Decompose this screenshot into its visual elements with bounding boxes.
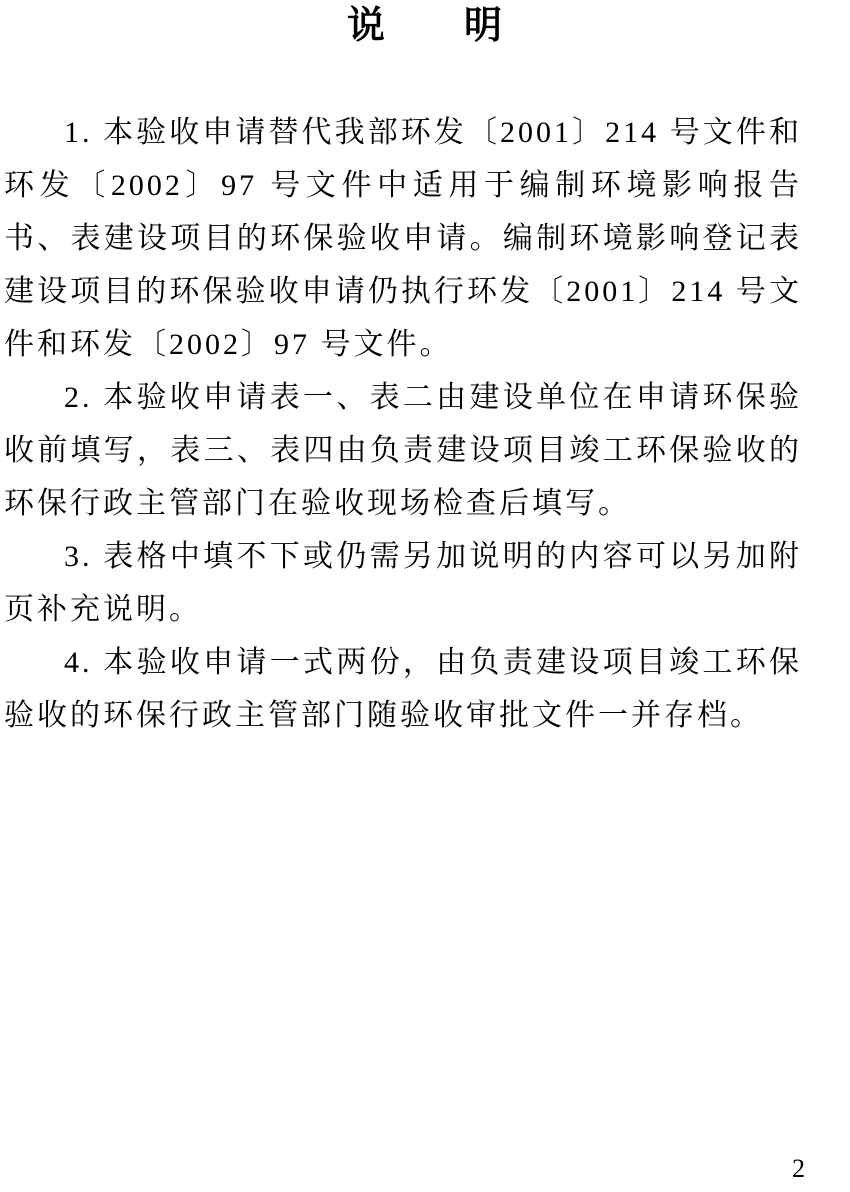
note-paragraph-2: 2. 本验收申请表一、表二由建设单位在申请环保验收前填写，表三、表四由负责建设项… bbox=[4, 371, 802, 530]
page-number: 2 bbox=[792, 1156, 805, 1182]
note-paragraph-1: 1. 本验收申请替代我部环发〔2001〕214 号文件和环发〔2002〕97 号… bbox=[4, 106, 802, 371]
note-paragraph-4: 4. 本验收申请一式两份，由负责建设项目竣工环保验收的环保行政主管部门随验收审批… bbox=[4, 636, 802, 742]
note-paragraph-3: 3. 表格中填不下或仍需另加说明的内容可以另加附页补充说明。 bbox=[4, 530, 802, 636]
page-title: 说 明 bbox=[0, 0, 850, 48]
document-page: 说 明 1. 本验收申请替代我部环发〔2001〕214 号文件和环发〔2002〕… bbox=[0, 0, 850, 1192]
notes-body: 1. 本验收申请替代我部环发〔2001〕214 号文件和环发〔2002〕97 号… bbox=[0, 106, 850, 742]
